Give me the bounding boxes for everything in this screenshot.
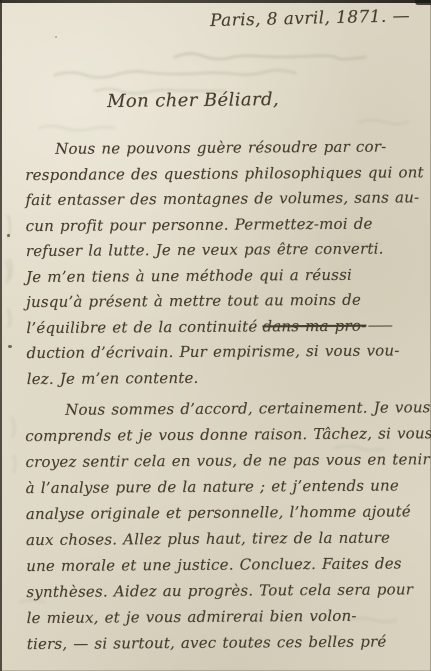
manuscript-line: synthèses. Aidez au progrès. Tout cela s… <box>26 576 426 605</box>
manuscript-line: Nous sommes d’accord, certainement. Je v… <box>25 394 425 423</box>
manuscript-line: croyez sentir cela en vous, de ne pas vo… <box>25 446 425 475</box>
letter-dateline: Paris, 8 avril, 1871. — <box>210 6 410 31</box>
manuscript-line: comprends et je vous donne raison. Tâche… <box>25 420 425 449</box>
manuscript-line: lez. Je m’en contente. <box>27 364 427 392</box>
manuscript-line: le mieux, et je vous admirerai bien volo… <box>26 602 426 631</box>
ink-speck <box>8 345 12 348</box>
manuscript-line: refuser la lutte. Je ne veux pas être co… <box>26 236 426 264</box>
manuscript-line: Nous ne pouvons guère résoudre par cor- <box>25 134 425 162</box>
scan-edge-top <box>0 0 431 3</box>
manuscript-line: respondance des questions philosophiques… <box>25 160 425 188</box>
struck-text: dans ma pro- <box>262 316 392 335</box>
manuscript-line: aux choses. Allez plus haut, tirez de la… <box>26 524 426 553</box>
scan-edge-left <box>0 0 2 671</box>
manuscript-line: cun profit pour personne. Permettez-moi … <box>26 211 426 239</box>
manuscript-line: Je m’en tiens à une méthode qui a réussi <box>26 262 426 290</box>
manuscript-line: fait entasser des montagnes de volumes, … <box>25 185 425 213</box>
letter-salutation: Mon cher Béliard, <box>107 89 279 112</box>
scan-edge-top-right <box>415 0 431 5</box>
ink-speck <box>55 36 57 38</box>
manuscript-line: jusqu’à présent à mettre tout au moins d… <box>26 287 426 315</box>
letter-page: Paris, 8 avril, 1871. — Mon cher Béliard… <box>0 0 431 671</box>
manuscript-line: tiers, — si surtout, avec toutes ces bel… <box>27 628 427 657</box>
manuscript-line: analyse originale et personnelle, l’homm… <box>26 498 426 527</box>
letter-paragraph-1: Nous ne pouvons guère résoudre par cor- … <box>25 134 427 392</box>
manuscript-line: une morale et une justice. Concluez. Fai… <box>26 550 426 579</box>
manuscript-line: à l’analyse pure de la nature ; et j’ent… <box>26 472 426 501</box>
letter-paragraph-2: Nous sommes d’accord, certainement. Je v… <box>25 394 427 657</box>
manuscript-line-with-deletion: l’équilibre et de la continuitédans ma p… <box>26 313 426 341</box>
manuscript-line-text: l’équilibre et de la continuité <box>26 317 257 337</box>
manuscript-line: duction d’écrivain. Pur empirisme, si vo… <box>26 338 426 366</box>
ink-speck <box>7 234 10 237</box>
